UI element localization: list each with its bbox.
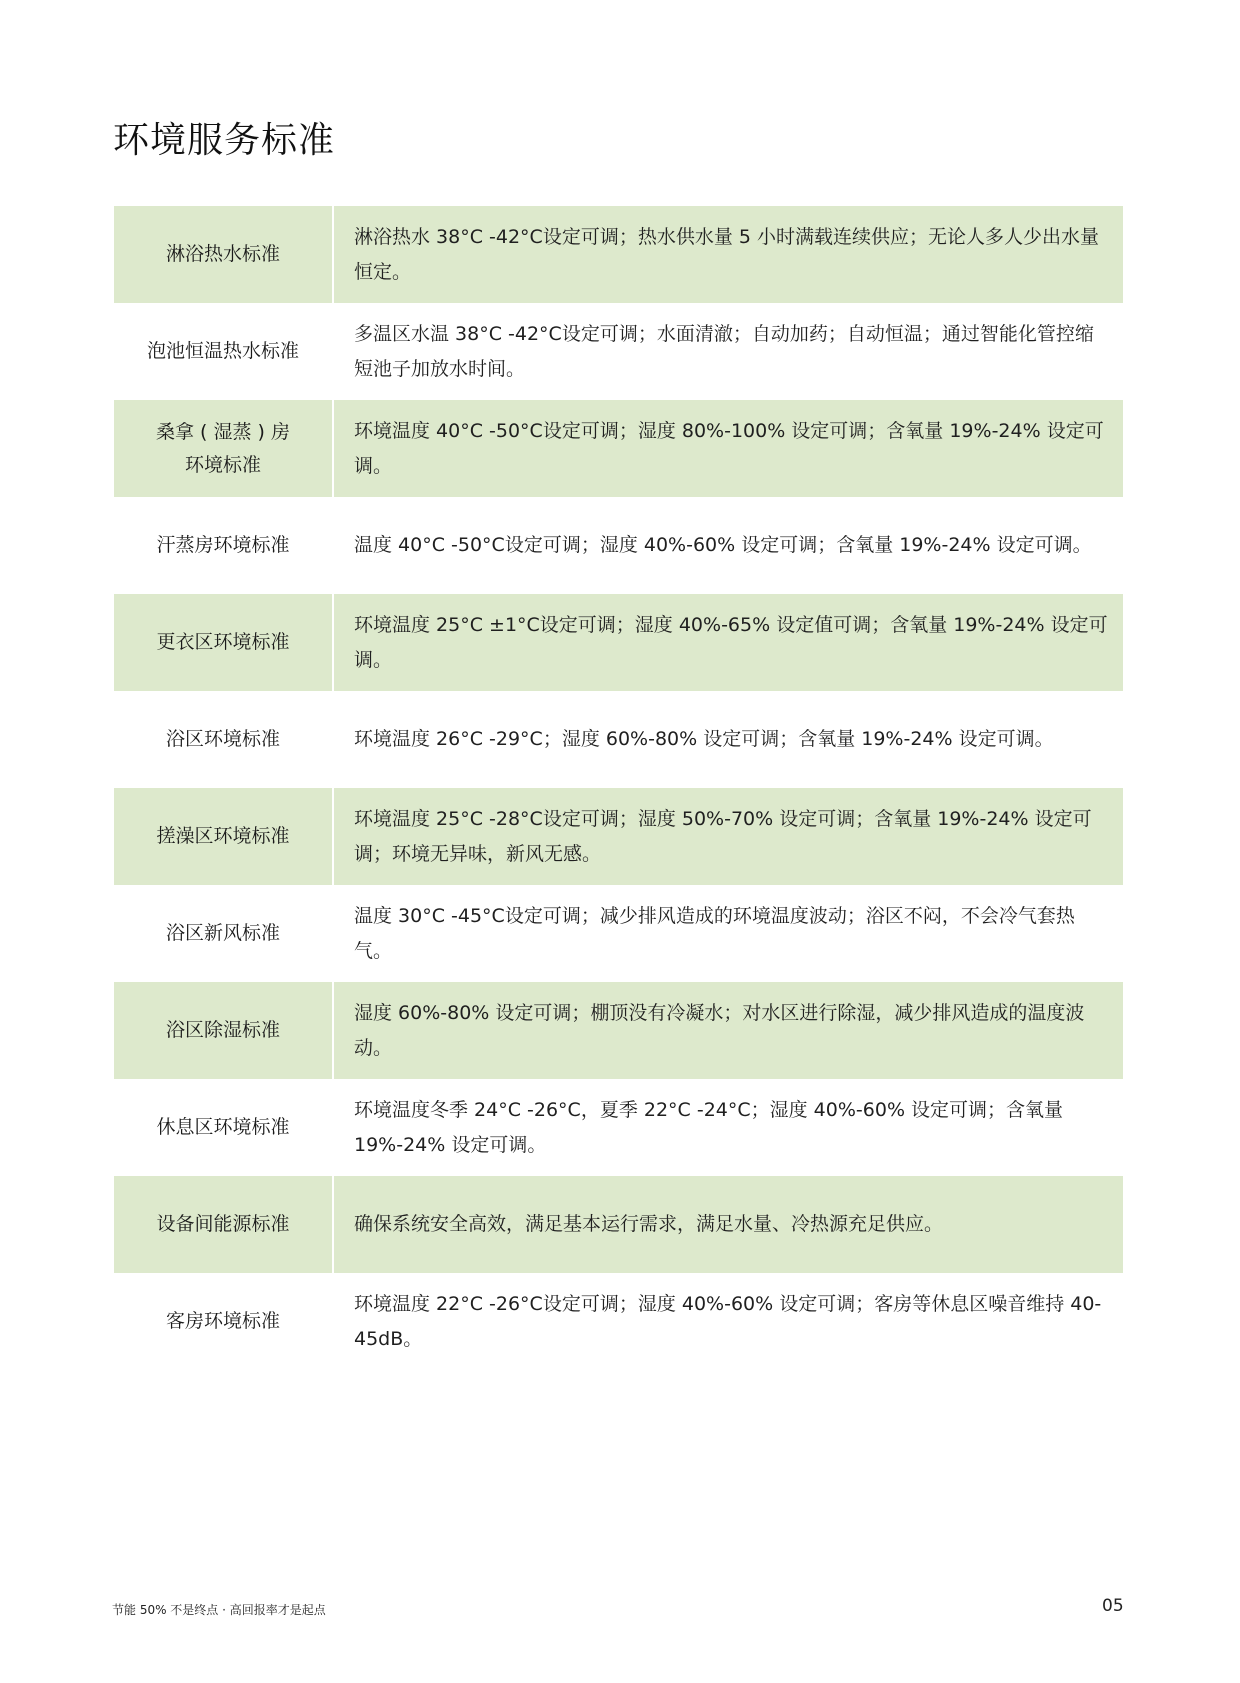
standard-name: 浴区环境标准 (114, 691, 333, 788)
standard-name: 泡池恒温热水标准 (114, 303, 333, 400)
standard-name: 更衣区环境标准 (114, 594, 333, 691)
table-row: 更衣区环境标准环境温度 25°C ±1°C设定可调；湿度 40%-65% 设定值… (114, 594, 1123, 691)
footer-slogan: 节能 50% 不是终点 · 高回报率才是起点 (112, 1601, 326, 1618)
standards-table-body: 淋浴热水标准淋浴热水 38°C -42°C设定可调；热水供水量 5 小时满载连续… (114, 206, 1123, 1370)
standard-name: 休息区环境标准 (114, 1079, 333, 1176)
standard-description: 环境温度冬季 24°C -26°C，夏季 22°C -24°C；湿度 40%-6… (333, 1079, 1123, 1176)
standard-description: 湿度 60%-80% 设定可调；棚顶没有冷凝水；对水区进行除湿，减少排风造成的温… (333, 982, 1123, 1079)
standard-name: 设备间能源标准 (114, 1176, 333, 1273)
page-title: 环境服务标准 (113, 112, 335, 163)
standard-name: 汗蒸房环境标准 (114, 497, 333, 594)
standard-description: 环境温度 26°C -29°C；湿度 60%-80% 设定可调；含氧量 19%-… (333, 691, 1123, 788)
table-row: 桑拿 ( 湿蒸 ) 房环境标准环境温度 40°C -50°C设定可调；湿度 80… (114, 400, 1123, 497)
standard-name: 淋浴热水标准 (114, 206, 333, 303)
standard-name: 浴区新风标准 (114, 885, 333, 982)
standard-description: 多温区水温 38°C -42°C设定可调；水面清澈；自动加药；自动恒温；通过智能… (333, 303, 1123, 400)
standard-description: 环境温度 25°C ±1°C设定可调；湿度 40%-65% 设定值可调；含氧量 … (333, 594, 1123, 691)
standard-description: 淋浴热水 38°C -42°C设定可调；热水供水量 5 小时满载连续供应；无论人… (333, 206, 1123, 303)
table-row: 泡池恒温热水标准多温区水温 38°C -42°C设定可调；水面清澈；自动加药；自… (114, 303, 1123, 400)
table-row: 浴区除湿标准湿度 60%-80% 设定可调；棚顶没有冷凝水；对水区进行除湿，减少… (114, 982, 1123, 1079)
standard-description: 温度 40°C -50°C设定可调；湿度 40%-60% 设定可调；含氧量 19… (333, 497, 1123, 594)
standard-description: 环境温度 40°C -50°C设定可调；湿度 80%-100% 设定可调；含氧量… (333, 400, 1123, 497)
table-row: 浴区环境标准环境温度 26°C -29°C；湿度 60%-80% 设定可调；含氧… (114, 691, 1123, 788)
table-row: 浴区新风标准温度 30°C -45°C设定可调；减少排风造成的环境温度波动；浴区… (114, 885, 1123, 982)
standard-name: 客房环境标准 (114, 1273, 333, 1370)
table-row: 淋浴热水标准淋浴热水 38°C -42°C设定可调；热水供水量 5 小时满载连续… (114, 206, 1123, 303)
standard-name: 浴区除湿标准 (114, 982, 333, 1079)
table-row: 休息区环境标准环境温度冬季 24°C -26°C，夏季 22°C -24°C；湿… (114, 1079, 1123, 1176)
table-row: 汗蒸房环境标准温度 40°C -50°C设定可调；湿度 40%-60% 设定可调… (114, 497, 1123, 594)
table-row: 设备间能源标准确保系统安全高效，满足基本运行需求，满足水量、冷热源充足供应。 (114, 1176, 1123, 1273)
standards-table: 淋浴热水标准淋浴热水 38°C -42°C设定可调；热水供水量 5 小时满载连续… (114, 206, 1123, 1370)
standard-description: 环境温度 22°C -26°C设定可调；湿度 40%-60% 设定可调；客房等休… (333, 1273, 1123, 1370)
standard-name: 搓澡区环境标准 (114, 788, 333, 885)
table-row: 客房环境标准环境温度 22°C -26°C设定可调；湿度 40%-60% 设定可… (114, 1273, 1123, 1370)
standard-description: 温度 30°C -45°C设定可调；减少排风造成的环境温度波动；浴区不闷，不会冷… (333, 885, 1123, 982)
page-number: 05 (1102, 1596, 1124, 1616)
standard-description: 确保系统安全高效，满足基本运行需求，满足水量、冷热源充足供应。 (333, 1176, 1123, 1273)
table-row: 搓澡区环境标准环境温度 25°C -28°C设定可调；湿度 50%-70% 设定… (114, 788, 1123, 885)
standard-description: 环境温度 25°C -28°C设定可调；湿度 50%-70% 设定可调；含氧量 … (333, 788, 1123, 885)
standard-name: 桑拿 ( 湿蒸 ) 房环境标准 (114, 400, 333, 497)
